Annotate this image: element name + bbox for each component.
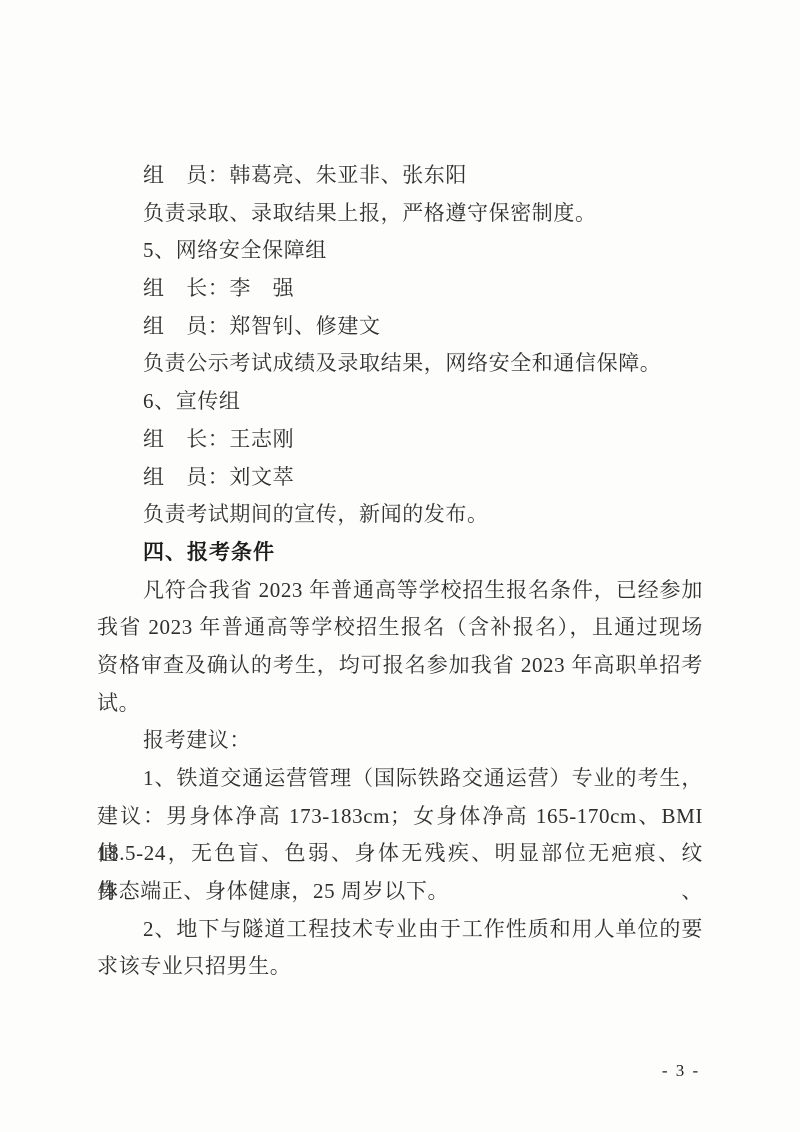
group6-title-line: 6、宣传组	[97, 383, 703, 421]
paragraph-line: 2、地下与隧道工程技术专业由于工作性质和用人单位的要	[97, 911, 703, 949]
group6-duty-line: 负责考试期间的宣传，新闻的发布。	[97, 496, 703, 534]
paragraph-line: 资格审查及确认的考生，均可报名参加我省 2023 年高职单招考	[97, 647, 703, 685]
paragraph-line: 我省 2023 年普通高等学校招生报名（含补报名），且通过现场	[97, 609, 703, 647]
document-text-block: 组 员：韩葛亮、朱亚非、张东阳负责录取、录取结果上报，严格遵守保密制度。5、网络…	[97, 157, 703, 986]
page-number: - 3 -	[641, 1060, 721, 1082]
group6-members-line: 组 员：刘文萃	[97, 459, 703, 497]
subheading-line: 报考建议：	[97, 722, 703, 760]
paragraph-line: 1、铁道交通运营管理（国际铁路交通运营）专业的考生，	[97, 760, 703, 798]
paragraph-line: 求该专业只招男生。	[97, 948, 703, 986]
paragraph-line: 建议：男身体净高 173-183cm；女身体净高 165-170cm、BMI 值	[97, 798, 703, 836]
group5-duty-line: 负责公示考试成绩及录取结果，网络安全和通信保障。	[97, 345, 703, 383]
document-page: 组 员：韩葛亮、朱亚非、张东阳负责录取、录取结果上报，严格遵守保密制度。5、网络…	[0, 0, 800, 1132]
group5-title-line: 5、网络安全保障组	[97, 232, 703, 270]
paragraph-line: 试。	[97, 685, 703, 723]
group4-members-line: 组 员：韩葛亮、朱亚非、张东阳	[97, 157, 703, 195]
group5-leader-line: 组 长：李 强	[97, 270, 703, 308]
group5-members-line: 组 员：郑智钊、修建文	[97, 308, 703, 346]
group4-duty-line: 负责录取、录取结果上报，严格遵守保密制度。	[97, 195, 703, 233]
paragraph-line: 凡符合我省 2023 年普通高等学校招生报名条件，已经参加	[97, 572, 703, 610]
group6-leader-line: 组 长：王志刚	[97, 421, 703, 459]
paragraph-line: 18.5-24，无色盲、色弱、身体无残疾、明显部位无疤痕、纹身、	[97, 835, 703, 873]
section-heading: 四、报考条件	[97, 534, 703, 572]
